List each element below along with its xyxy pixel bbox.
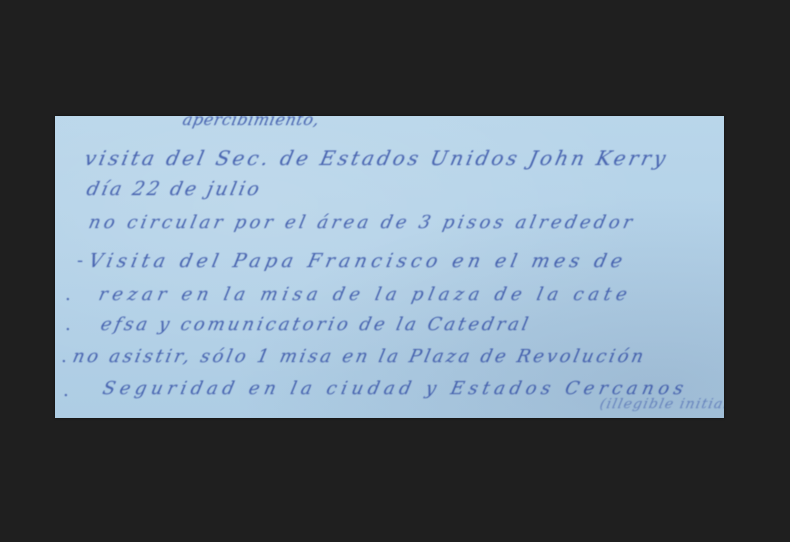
handwritten-note-paper: apercibimiento, visita del Sec. de Estad… — [55, 116, 724, 418]
note-line-8: no asistir, sólo 1 misa en la Plaza de R… — [71, 346, 648, 367]
note-bullet-6: . — [65, 284, 71, 305]
note-line-3: día 22 de julio — [85, 178, 264, 200]
note-bullet-8: . — [61, 346, 67, 367]
note-line-5: Visita del Papa Francisco en el mes de — [87, 250, 629, 272]
note-line-1: apercibimiento, — [181, 116, 322, 129]
note-bullet-9: . — [63, 380, 69, 401]
note-line-7: efsa y comunicatorio de la Catedral — [99, 314, 533, 335]
note-bullet-7: . — [65, 314, 71, 335]
signature-initials: (illegible initials) — [598, 396, 724, 412]
note-line-6: rezar en la misa de la plaza de la cate — [97, 284, 634, 305]
note-line-2: visita del Sec. de Estados Unidos John K… — [82, 146, 670, 170]
note-bullet-5: - — [77, 250, 83, 271]
note-line-4: no circular por el área de 3 pisos alred… — [87, 212, 638, 233]
